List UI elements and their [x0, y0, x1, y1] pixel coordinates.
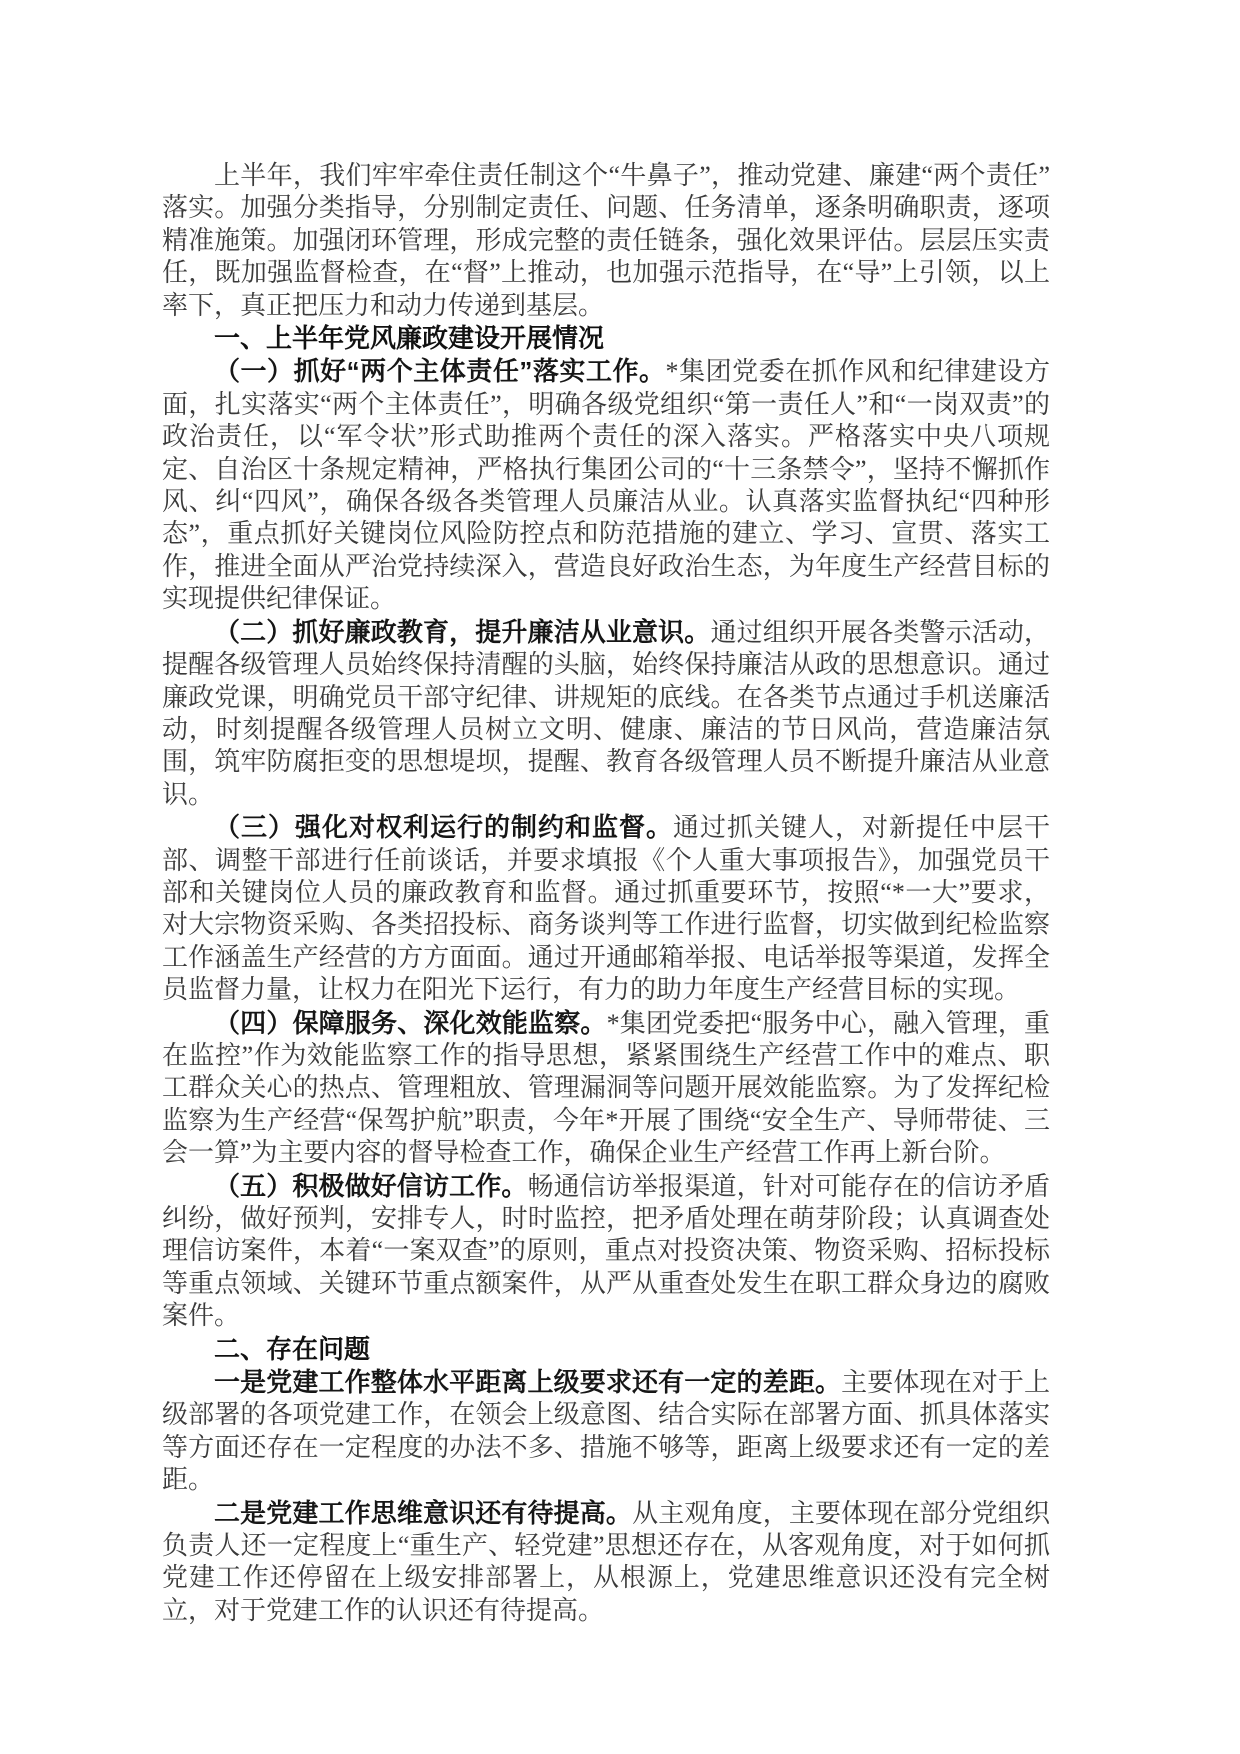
paragraph-intro: 上半年，我们牢牢牵住责任制这个“牛鼻子”，推动党建、廉建“两个责任”落实。加强分… — [162, 160, 1050, 322]
paragraph-lead: （二）抓好廉政教育，提升廉洁从业意识。 — [214, 617, 710, 647]
paragraph-lead: 二是党建工作思维意识还有待提高。 — [214, 1498, 632, 1528]
paragraph-lead: （三）强化对权利运行的制约和监督。 — [214, 812, 673, 842]
paragraph-text: 上半年，我们牢牢牵住责任制这个“牛鼻子”，推动党建、廉建“两个责任”落实。加强分… — [162, 161, 1050, 320]
document-body: 上半年，我们牢牢牵住责任制这个“牛鼻子”，推动党建、廉建“两个责任”落实。加强分… — [162, 160, 1050, 1627]
paragraph-lead: （一）抓好“两个主体责任”落实工作。 — [214, 356, 666, 386]
paragraph-lead: （五）积极做好信访工作。 — [214, 1171, 528, 1201]
paragraph-lead: （四）保障服务、深化效能监察。 — [214, 1008, 607, 1038]
paragraph-item-1: （一）抓好“两个主体责任”落实工作。*集团党委在抓作风和纪律建设方面，扎实落实“… — [162, 355, 1050, 615]
paragraph-item-5: （五）积极做好信访工作。畅通信访举报渠道，针对可能存在的信访矛盾纠纷，做好预判，… — [162, 1170, 1050, 1333]
paragraph-item-2: （二）抓好廉政教育，提升廉洁从业意识。通过组织开展各类警示活动，提醒各级管理人员… — [162, 616, 1050, 811]
paragraph-lead: 一是党建工作整体水平距离上级要求还有一定的差距。 — [214, 1367, 841, 1397]
document-page: 上半年，我们牢牢牵住责任制这个“牛鼻子”，推动党建、廉建“两个责任”落实。加强分… — [0, 0, 1240, 1754]
heading-part-one: 一、上半年党风廉政建设开展情况 — [162, 322, 1050, 355]
paragraph-item-3: （三）强化对权利运行的制约和监督。通过抓关键人，对新提任中层干部、调整干部进行任… — [162, 811, 1050, 1006]
paragraph-text: *集团党委在抓作风和纪律建设方面，扎实落实“两个主体责任”，明确各级党组织“第一… — [162, 357, 1050, 613]
paragraph-problem-2: 二是党建工作思维意识还有待提高。从主观角度，主要体现在部分党组织负责人还一定程度… — [162, 1497, 1050, 1628]
paragraph-problem-1: 一是党建工作整体水平距离上级要求还有一定的差距。主要体现在对于上级部署的各项党建… — [162, 1366, 1050, 1497]
paragraph-item-4: （四）保障服务、深化效能监察。*集团党委把“服务中心，融入管理，重在监控”作为效… — [162, 1007, 1050, 1170]
heading-label: 一、上半年党风廉政建设开展情况 — [214, 323, 604, 353]
heading-label: 二、存在问题 — [214, 1334, 370, 1364]
heading-part-two: 二、存在问题 — [162, 1333, 1050, 1366]
